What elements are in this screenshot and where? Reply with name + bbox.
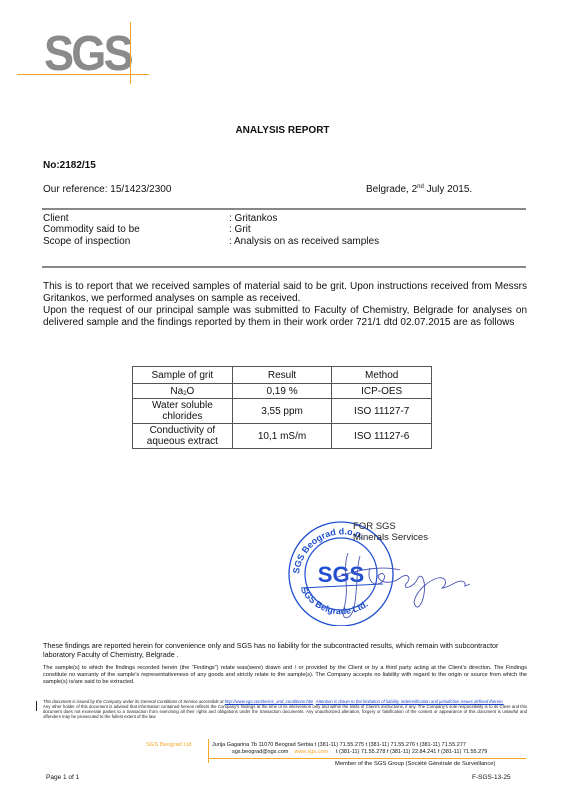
cell-method: ICP-OES	[332, 384, 432, 399]
table-header-row: Sample of grit Result Method	[133, 367, 432, 384]
footer-company: SGS Beograd Ltd	[146, 742, 191, 748]
cell-result: 0,19 %	[232, 384, 332, 399]
table-row: Water solublechlorides 3,55 ppm ISO 1112…	[133, 399, 432, 424]
for-sgs-label: FOR SGS	[353, 521, 428, 532]
sgs-logo: SGS	[43, 28, 153, 88]
table-row: Na2O 0,19 % ICP-OES	[133, 384, 432, 399]
report-date: Belgrade, 2nd July 2015.	[366, 184, 472, 195]
info-row-scope: Scope of inspection : Analysis on as rec…	[43, 236, 379, 247]
report-number: No:2182/15	[43, 160, 96, 171]
signature-block: FOR SGS Minerals Services	[353, 521, 428, 543]
report-title: ANALYSIS REPORT	[0, 125, 565, 136]
form-code: F-SGS-13-25	[472, 774, 511, 781]
legal-notice: This document is issued by the Company u…	[43, 699, 527, 719]
info-label: Scope of inspection	[43, 236, 229, 247]
cell-method: ISO 11127-7	[332, 399, 432, 424]
footer-divider-horizontal	[208, 758, 526, 759]
results-table: Sample of grit Result Method Na2O 0,19 %…	[132, 366, 432, 449]
info-row-commodity: Commodity said to be : Grit	[43, 224, 379, 235]
divider-bottom	[42, 266, 526, 268]
date-ordinal: nd	[417, 184, 424, 190]
info-value: : Gritankos	[229, 213, 277, 224]
logo-accent-vertical	[130, 22, 131, 84]
cell-result: 3,55 ppm	[232, 399, 332, 424]
footer-member: Member of the SGS Group (Société Général…	[335, 761, 495, 767]
footer-website[interactable]: www.sgs.com	[294, 749, 328, 755]
handwritten-signature	[330, 548, 480, 628]
our-reference: Our reference: 15/1423/2300	[43, 184, 171, 195]
table-row: Conductivity ofaqueous extract 10,1 mS/m…	[133, 424, 432, 449]
divider-top	[42, 208, 526, 210]
cell-method: ISO 11127-6	[332, 424, 432, 449]
info-label: Commodity said to be	[43, 224, 229, 235]
date-suffix: July 2015.	[424, 184, 472, 195]
info-value: : Analysis on as received samples	[229, 236, 379, 247]
subcontract-disclaimer: These findings are reported herein for c…	[43, 641, 523, 659]
report-body: This is to report that we received sampl…	[43, 281, 527, 329]
info-block: Client : Gritankos Commodity said to be …	[43, 213, 379, 247]
header-method: Method	[332, 367, 432, 384]
footer-divider-vertical	[208, 739, 209, 763]
page-number: Page 1 of 1	[46, 774, 79, 781]
footer-phones: t (381-11) 71.55.278 f (381-11) 22.84.24…	[336, 749, 487, 755]
legal-marker	[36, 701, 37, 711]
footer-email[interactable]: sgs.beograd@sgs.com	[232, 749, 288, 755]
header-sample: Sample of grit	[133, 367, 233, 384]
header-result: Result	[232, 367, 332, 384]
cell-sample: Water solublechlorides	[133, 399, 233, 424]
cell-sample: Na2O	[133, 384, 233, 399]
info-value: : Grit	[229, 224, 251, 235]
sample-disclaimer: The sample(s) to which the findings reco…	[43, 665, 527, 686]
footer-address: Jurija Gagarina 7b 11070 Beograd Serbia …	[212, 742, 466, 748]
body-paragraph-2: Upon the request of our principal sample…	[43, 305, 527, 329]
body-paragraph-1: This is to report that we received sampl…	[43, 281, 527, 305]
info-label: Client	[43, 213, 229, 224]
date-prefix: Belgrade, 2	[366, 184, 417, 195]
department-label: Minerals Services	[353, 532, 428, 543]
info-row-client: Client : Gritankos	[43, 213, 379, 224]
cell-result: 10,1 mS/m	[232, 424, 332, 449]
cell-sample: Conductivity ofaqueous extract	[133, 424, 233, 449]
footer-contacts: sgs.beograd@sgs.comwww.sgs.comt (381-11)…	[232, 749, 487, 755]
